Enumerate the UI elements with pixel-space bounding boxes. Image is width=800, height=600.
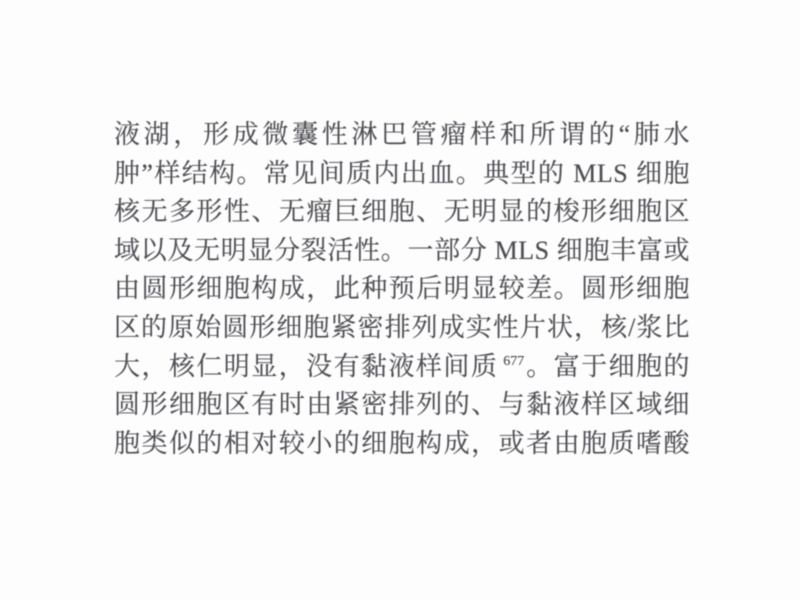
body-text-block: 液湖，形成微囊性淋巴管瘤样和所谓的“肺水 肿”样结构。常见间质内出血。典型的 M… — [114, 116, 690, 463]
reference-superscript: 677 — [503, 354, 524, 369]
text-line: 圆形细胞区有时由紧密排列的、与黏液样区域细 — [114, 386, 690, 425]
text-line: 胞类似的相对较小的细胞构成，或者由胞质嗜酸 — [114, 425, 690, 464]
text-line: 由圆形细胞构成，此种预后明显较差。圆形细胞 — [114, 270, 690, 309]
text-line: 肿”样结构。常见间质内出血。典型的 MLS 细胞 — [114, 155, 690, 194]
text-line-with-reference: 大，核仁明显，没有黏液样间质677。富于细胞的 — [114, 348, 690, 387]
text-line: 液湖，形成微囊性淋巴管瘤样和所谓的“肺水 — [114, 116, 690, 155]
text-line: 域以及无明显分裂活性。一部分 MLS 细胞丰富或 — [114, 232, 690, 271]
text-line: 核无多形性、无瘤巨细胞、无明显的梭形细胞区 — [114, 193, 690, 232]
document-page: 液湖，形成微囊性淋巴管瘤样和所谓的“肺水 肿”样结构。常见间质内出血。典型的 M… — [0, 0, 800, 600]
scanned-document-screenshot: { "page": { "background_color": "#fdfdfd… — [0, 0, 800, 600]
text-segment: 大，核仁明显，没有黏液样间质 — [114, 352, 498, 381]
text-segment: 。富于细胞的 — [525, 352, 690, 381]
text-line: 区的原始圆形细胞紧密排列成实性片状，核/浆比 — [114, 309, 690, 348]
